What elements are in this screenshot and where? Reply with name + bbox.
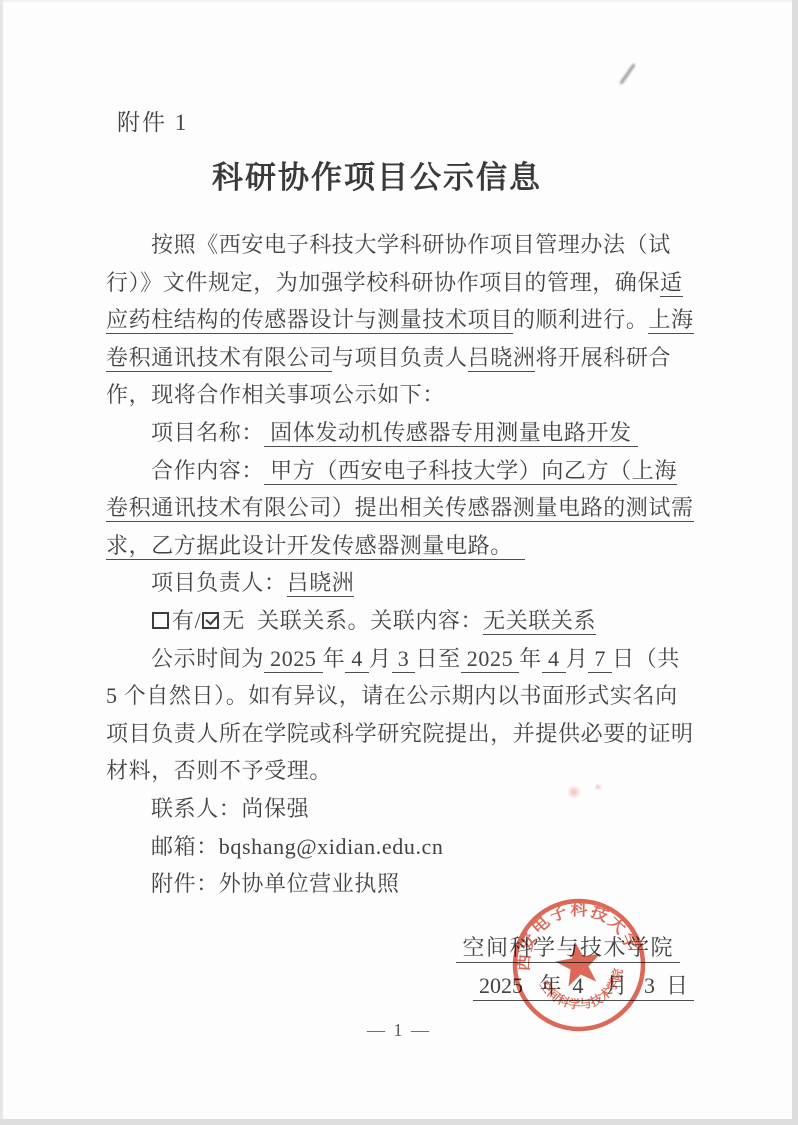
scan-edge-bottom (0, 1119, 798, 1125)
text-segment: 年 (323, 646, 346, 671)
document-line: 项目负责人所在学院或科学研究院提出，并提供必要的证明 (106, 715, 712, 753)
attachment-label: 附件 1 (117, 104, 188, 137)
checkbox-empty-icon (152, 612, 169, 629)
text-segment: 2025 (264, 646, 323, 673)
scan-edge-top (0, 0, 798, 2)
text-segment: 项目负责人所在学院或科学研究院提出，并提供必要的证明 (106, 721, 694, 746)
text-segment: 作，现将合作相关事项公示如下： (106, 382, 445, 407)
text-segment: 日至 (415, 646, 460, 671)
text-segment: 合作内容： (151, 458, 264, 483)
text-segment: 项目负责人： (151, 570, 287, 595)
check-mark-icon (206, 612, 219, 626)
text-segment: 无关联关系 (483, 608, 596, 635)
document-line: 公示时间为 2025 年 4 月 3 日至 2025 年 4 月 7 日（共 (106, 640, 712, 678)
document-line: 联系人：尚保强 (106, 790, 712, 828)
text-segment: 将开展科研合 (535, 345, 671, 370)
text-segment: 的顺利进行。 (513, 307, 649, 332)
text-segment: 有/ (172, 608, 201, 633)
document-body: 按照《西安电子科技大学科研协作项目管理办法（试行）》文件规定，为加强学校科研协作… (106, 226, 712, 903)
document-line: 邮箱：bqshang@xidian.edu.cn (106, 828, 712, 866)
text-segment: 材料，否则不予受理。 (106, 758, 332, 783)
document-line: 5 个自然日）。如有异议，请在公示期内以书面形式实名向 (106, 677, 712, 715)
document-line: 作，现将合作相关事项公示如下： (106, 376, 712, 414)
text-segment: 附件：外协单位营业执照 (151, 871, 400, 896)
document-line: 有/无 关联关系。关联内容：无关联关系 (106, 602, 712, 640)
scan-edge-right (792, 0, 798, 1125)
text-segment: 应药柱结构的传感器设计与测量技术项目 (106, 307, 513, 334)
text-segment: 求，乙方据此设计开发传感器测量电路。 (106, 533, 525, 560)
text-segment: 无 关联关系。关联内容： (222, 608, 483, 633)
document-line: 卷积通讯技术有限公司与项目负责人吕晓洲将开展科研合 (106, 339, 712, 377)
document-line: 项目负责人：吕晓洲 (106, 564, 712, 602)
document-line: 求，乙方据此设计开发传感器测量电路。 (106, 527, 712, 565)
document-line: 项目名称： 固体发动机传感器专用测量电路开发 (106, 414, 712, 452)
text-segment: 月 (369, 646, 392, 671)
text-segment: 项目名称： (151, 420, 264, 445)
text-segment: 联系人：尚保强 (151, 796, 309, 821)
text-segment: 年 (519, 646, 542, 671)
document-line: 行）》文件规定，为加强学校科研协作项目的管理，确保适 (106, 264, 712, 302)
text-segment: 甲方（西安电子科技大学）向乙方（上海 (264, 458, 677, 485)
text-segment: 按照《西安电子科技大学科研协作项目管理办法（试 (151, 232, 671, 257)
text-segment: 月 (566, 646, 589, 671)
document-line: 合作内容： 甲方（西安电子科技大学）向乙方（上海 (106, 452, 712, 490)
text-segment: 4 (542, 646, 566, 673)
document-title: 科研协作项目公示信息 (0, 152, 776, 197)
text-segment: 卷积通讯技术有限公司）提出相关传感器测量电路的测试需 (106, 495, 694, 522)
text-segment: 与项目负责人 (332, 345, 468, 370)
text-segment: 公示时间为 (151, 646, 264, 671)
text-segment: 5 个自然日）。如有异议，请在公示期内以书面形式实名向 (106, 683, 678, 708)
scanned-document-page: 附件 1 科研协作项目公示信息 按照《西安电子科技大学科研协作项目管理办法（试行… (0, 0, 798, 1125)
page-number: — 1 — (0, 1020, 798, 1041)
document-line: 按照《西安电子科技大学科研协作项目管理办法（试 (106, 226, 712, 264)
text-segment: 行）》文件规定，为加强学校科研协作项目的管理，确保 (106, 270, 660, 295)
text-segment: 4 (345, 646, 369, 673)
text-segment: 吕晓洲 (468, 345, 536, 372)
scan-artifact-mark (619, 63, 635, 84)
text-segment: 适 (660, 270, 683, 297)
seal-star-icon (552, 937, 604, 988)
text-segment: 邮箱：bqshang@xidian.edu.cn (151, 834, 444, 859)
text-segment: 吕晓洲 (287, 570, 355, 597)
text-segment: 7 (588, 646, 612, 673)
text-segment: 日（共 (612, 646, 680, 671)
document-line: 卷积通讯技术有限公司）提出相关传感器测量电路的测试需 (106, 489, 712, 527)
text-segment: 卷积通讯技术有限公司 (106, 345, 332, 372)
text-segment: 2025 (461, 646, 520, 673)
text-segment: 3 (392, 646, 416, 673)
official-red-seal: 西安电子科技大学 空间科学与技术学院 (506, 889, 652, 1041)
checkbox-checked-icon (202, 612, 219, 629)
text-segment: 固体发动机传感器专用测量电路开发 (264, 420, 638, 447)
document-line: 应药柱结构的传感器设计与测量技术项目的顺利进行。上海 (106, 301, 712, 339)
text-segment: 上海 (648, 307, 693, 334)
document-line: 材料，否则不予受理。 (106, 752, 712, 790)
